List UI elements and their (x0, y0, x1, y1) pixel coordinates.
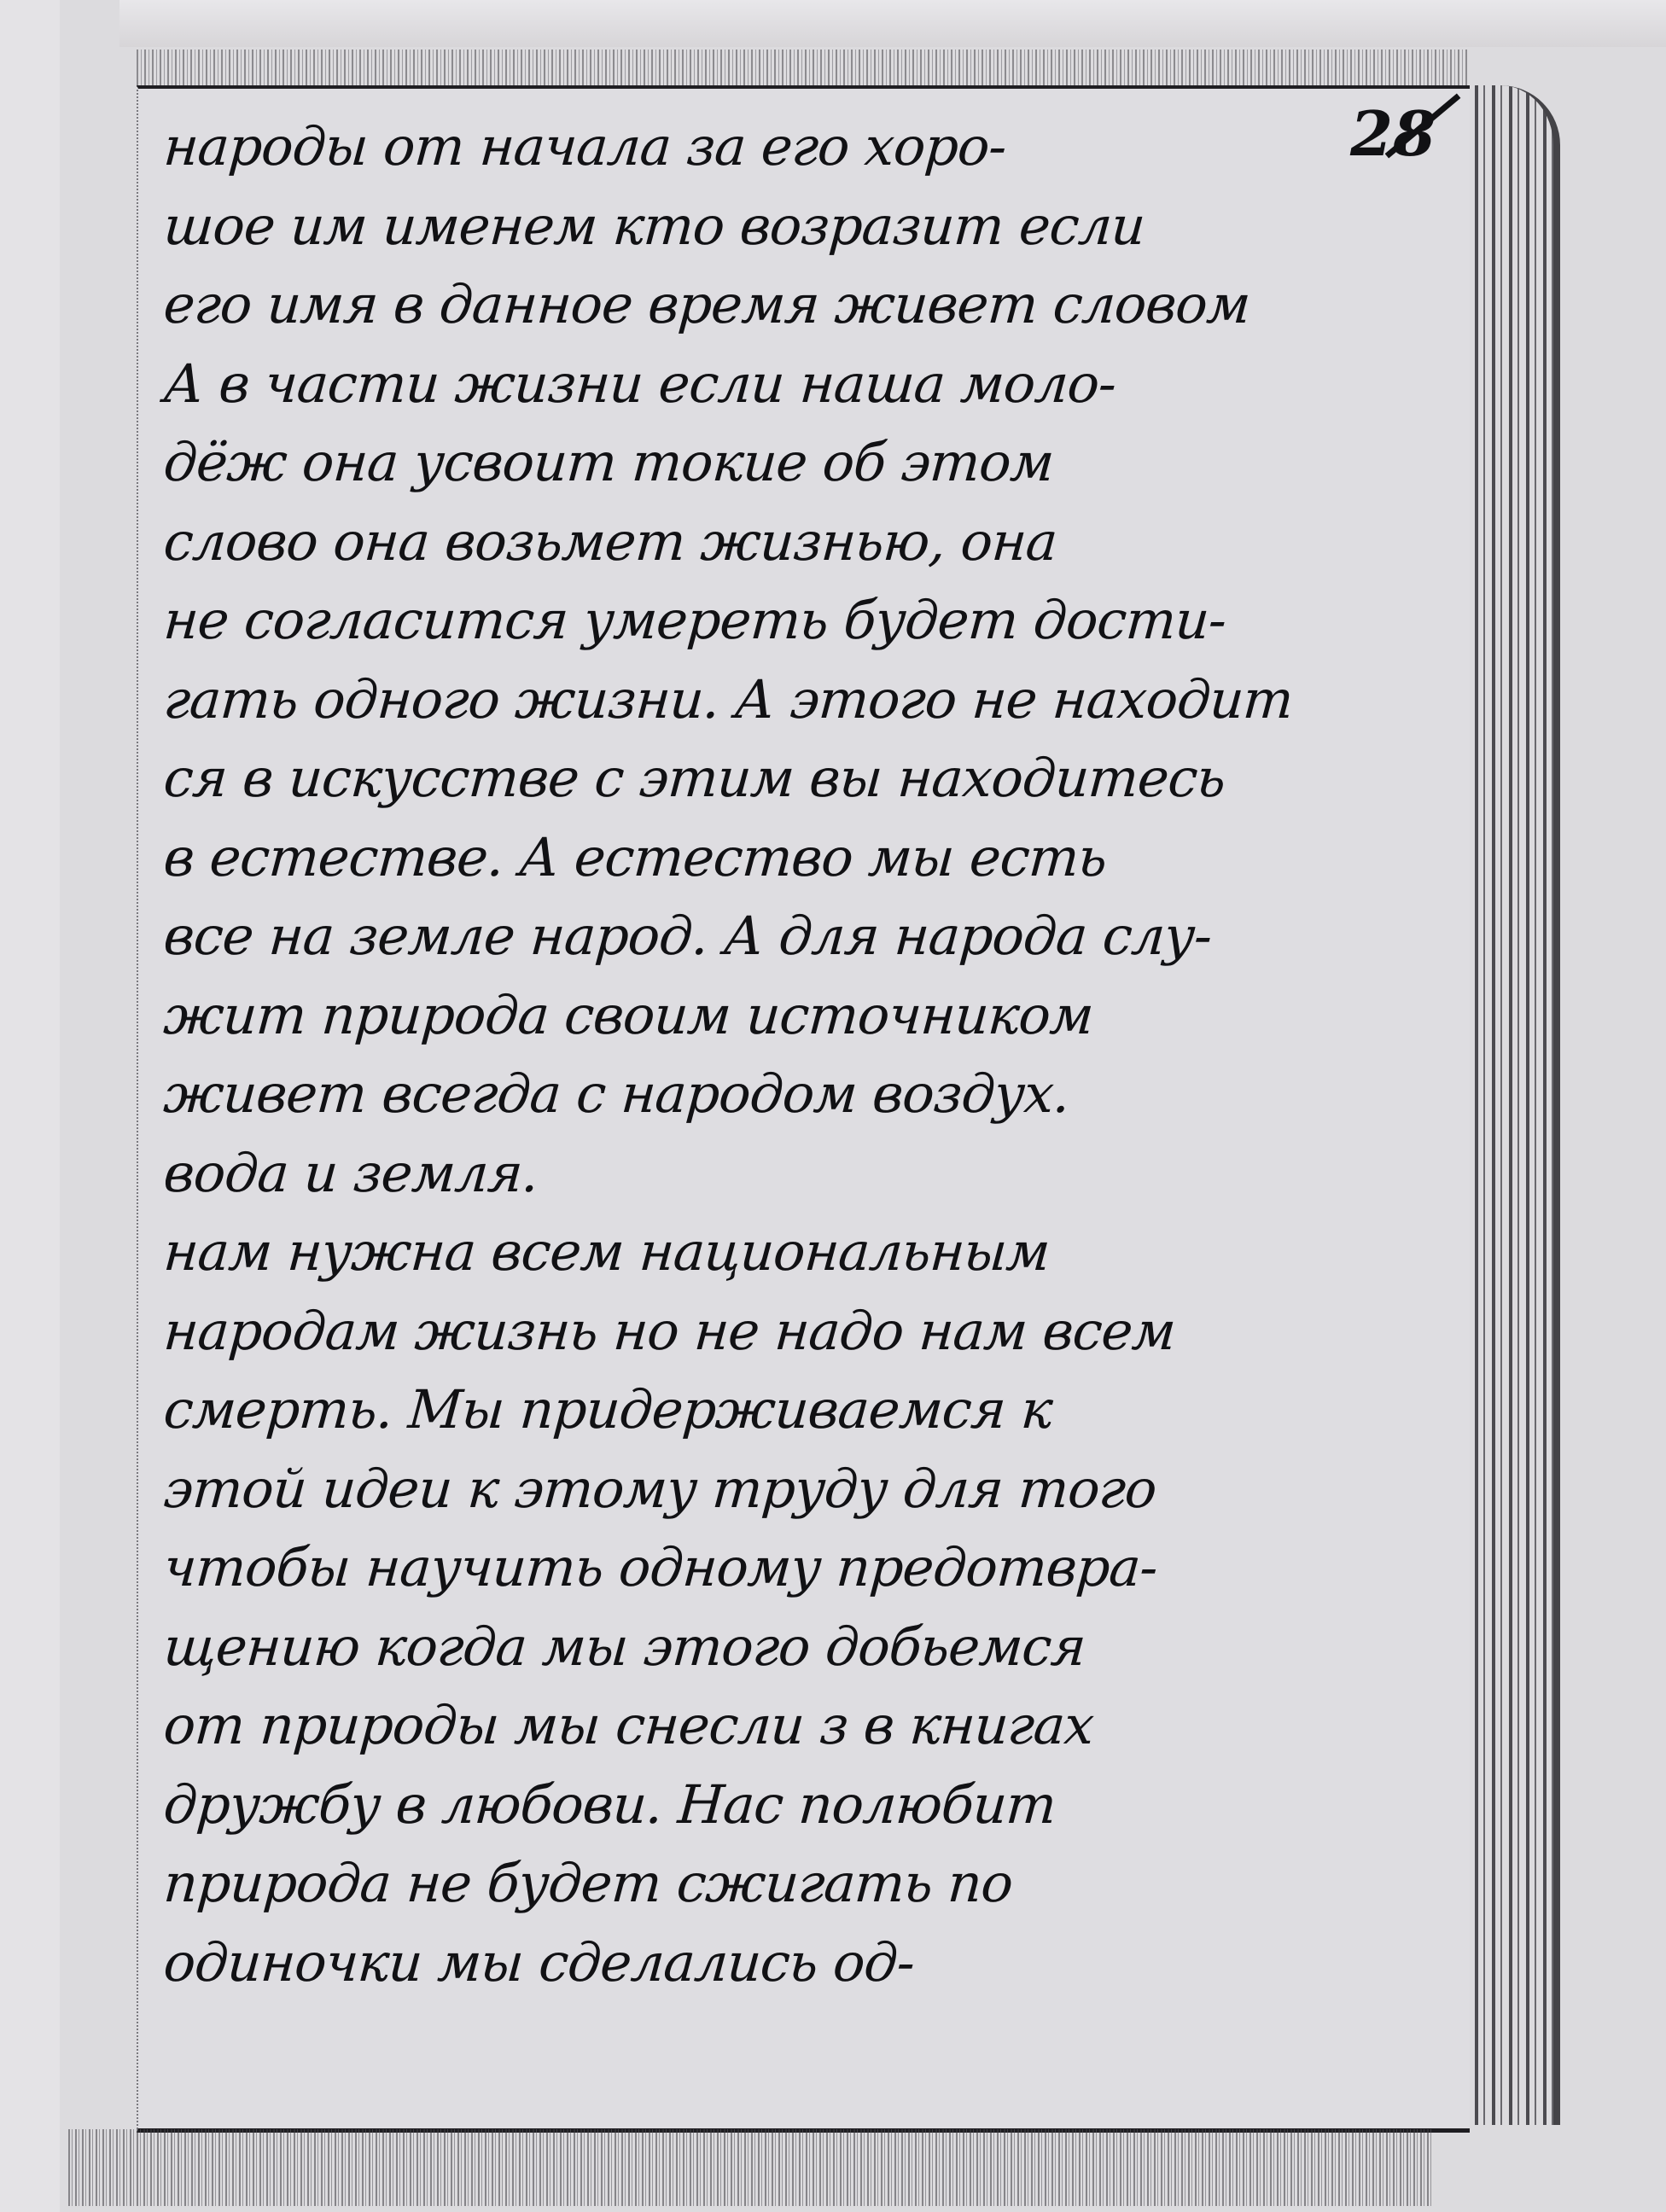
text-line: слово она возьмет жизнью, она (161, 503, 1481, 582)
text-line: природа не будет сжигать по (161, 1844, 1481, 1924)
text-line: щению когда мы этого добьемся (161, 1608, 1481, 1687)
text-line: дёж она усвоит токие об этом (161, 423, 1481, 503)
text-line: от природы мы снесли з в книгах (161, 1686, 1481, 1766)
notebook-sheet: 28 народы от начала за его хоро- шое им … (137, 85, 1470, 2133)
text-line: А в части жизни если наша моло- (161, 345, 1481, 424)
text-line: вода и земля. (161, 1134, 1481, 1214)
top-edge-texture (137, 49, 1468, 88)
text-line: чтобы научить одному предотвра- (161, 1528, 1481, 1608)
text-line: шое им именем кто возразит если (161, 187, 1481, 266)
text-line: этой идеи к этому труду для того (161, 1450, 1481, 1529)
handwritten-text: народы от начала за его хоро- шое им име… (164, 108, 1478, 2002)
notebook-binding-edge (1468, 85, 1560, 2125)
text-line: не согласится умереть будет дости- (161, 581, 1481, 661)
text-line: одиночки мы сделались од- (161, 1924, 1481, 2003)
text-line: его имя в данное время живет словом (161, 265, 1481, 345)
text-line: гать одного жизни. А этого не находит (161, 661, 1481, 740)
text-line: дружбу в любови. Нас полюбит (161, 1766, 1481, 1845)
text-line: нам нужна всем национальным (161, 1213, 1481, 1292)
text-line: смерть. Мы придерживаемся к (161, 1371, 1481, 1450)
text-line: жит природа своим источником (161, 976, 1481, 1056)
text-line: ся в искусстве с этим вы находитесь (161, 739, 1481, 818)
bottom-edge-texture (68, 2129, 1434, 2206)
text-line: народам жизнь но не надо нам всем (161, 1292, 1481, 1371)
top-shadow (119, 0, 1666, 47)
text-line: все на земле народ. А для народа слу- (161, 897, 1481, 976)
outer-margin-strip (0, 0, 61, 2212)
text-line: народы от начала за его хоро- (161, 108, 1481, 187)
text-line: в естестве. А естество мы есть (161, 818, 1481, 898)
notebook-page: 28 народы от начала за его хоро- шое им … (137, 85, 1562, 2129)
text-line: живет всегда с народом воздух. (161, 1055, 1481, 1134)
